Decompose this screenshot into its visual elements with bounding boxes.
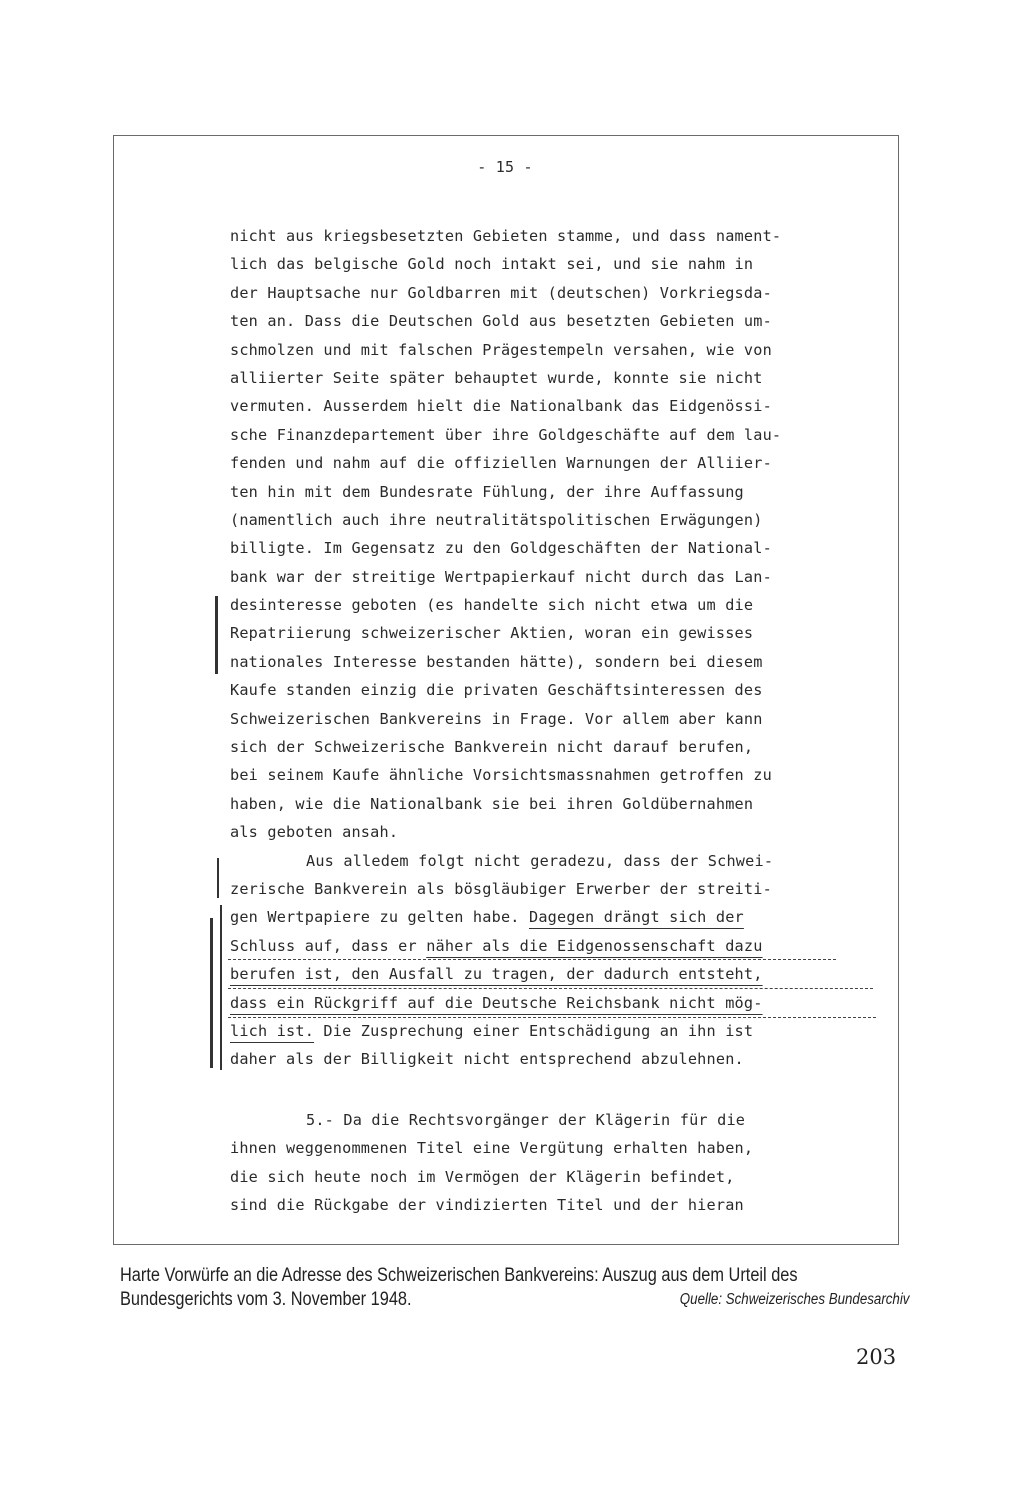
text-line: desinteresse geboten (es handelte sich n…: [230, 591, 870, 619]
typed-judgment-text: nicht aus kriegsbesetzten Gebieten stamm…: [230, 222, 870, 1219]
text-line: bank war der streitige Wertpapierkauf ni…: [230, 563, 870, 591]
text-line: berufen ist, den Ausfall zu tragen, der …: [230, 960, 870, 988]
line-text: sich der Schweizerische Bankverein nicht…: [230, 738, 753, 756]
underlined-passage: berufen ist, den Ausfall zu tragen, der …: [230, 965, 763, 983]
text-line: Repatriierung schweizerischer Aktien, wo…: [230, 619, 870, 647]
text-line: sind die Rückgabe der vindizierten Titel…: [230, 1191, 870, 1219]
text-line: ten hin mit dem Bundesrate Fühlung, der …: [230, 478, 870, 506]
margin-mark-double-inner: [220, 905, 222, 1070]
text-line: bei seinem Kaufe ähnliche Vorsichtsmassn…: [230, 761, 870, 789]
text-line: gen Wertpapiere zu gelten habe. Dagegen …: [230, 903, 870, 931]
text-line: ihnen weggenommenen Titel eine Vergütung…: [230, 1134, 870, 1162]
text-line: Schluss auf, dass er näher als die Eidge…: [230, 932, 870, 960]
text-line: Schweizerischen Bankvereins in Frage. Vo…: [230, 705, 870, 733]
line-text: sind die Rückgabe der vindizierten Titel…: [230, 1196, 744, 1214]
text-line: lich ist. Die Zusprechung einer Entschäd…: [230, 1017, 870, 1045]
text-line: Aus alledem folgt nicht geradezu, dass d…: [230, 847, 870, 875]
text-line: alliierter Seite später behauptet wurde,…: [230, 364, 870, 392]
underline-rule: [228, 988, 873, 989]
text-line: daher als der Billigkeit nicht entsprech…: [230, 1045, 870, 1073]
caption-line-1: Harte Vorwürfe an die Adresse des Schwei…: [120, 1264, 799, 1288]
line-text: Schweizerischen Bankvereins in Frage. Vo…: [230, 710, 763, 728]
line-text: zerische Bankverein als bösgläubiger Erw…: [230, 880, 772, 898]
line-text: sche Finanzdepartement über ihre Goldges…: [230, 426, 781, 444]
line-text: Die Zusprechung einer Entschädigung an i…: [314, 1022, 753, 1040]
line-text: Aus alledem folgt nicht geradezu, dass d…: [306, 852, 773, 870]
margin-mark-single: [215, 596, 218, 674]
text-line: vermuten. Ausserdem hielt die Nationalba…: [230, 392, 870, 420]
line-text: Kaufe standen einzig die privaten Geschä…: [230, 681, 763, 699]
text-line: nationales Interesse bestanden hätte), s…: [230, 648, 870, 676]
text-line: als geboten ansah.: [230, 818, 870, 846]
text-line: zerische Bankverein als bösgläubiger Erw…: [230, 875, 870, 903]
line-text: alliierter Seite später behauptet wurde,…: [230, 369, 763, 387]
line-text: ten hin mit dem Bundesrate Fühlung, der …: [230, 483, 744, 501]
text-line: dass ein Rückgriff auf die Deutsche Reic…: [230, 989, 870, 1017]
line-text: vermuten. Ausserdem hielt die Nationalba…: [230, 397, 772, 415]
line-text: die sich heute noch im Vermögen der Kläg…: [230, 1168, 735, 1186]
text-line: ten an. Dass die Deutschen Gold aus bese…: [230, 307, 870, 335]
paragraph-gap: [230, 1074, 870, 1106]
margin-mark-double-outer: [210, 918, 213, 1068]
text-line: 5.- Da die Rechtsvorgänger der Klägerin …: [230, 1106, 870, 1134]
line-text: bei seinem Kaufe ähnliche Vorsichtsmassn…: [230, 766, 772, 784]
margin-mark-short: [217, 858, 219, 898]
caption-line-2: Bundesgerichts vom 3. November 1948.: [120, 1288, 412, 1312]
line-text: (namentlich auch ihre neutralitätspoliti…: [230, 511, 763, 529]
line-text: bank war der streitige Wertpapierkauf ni…: [230, 568, 772, 586]
text-line: lich das belgische Gold noch intakt sei,…: [230, 250, 870, 278]
text-line: nicht aus kriegsbesetzten Gebieten stamm…: [230, 222, 870, 250]
text-line: (namentlich auch ihre neutralitätspoliti…: [230, 506, 870, 534]
line-text: daher als der Billigkeit nicht entsprech…: [230, 1050, 744, 1068]
line-text: schmolzen und mit falschen Prägestempeln…: [230, 341, 772, 359]
page-number: 203: [856, 1345, 896, 1369]
line-text: fenden und nahm auf die offiziellen Warn…: [230, 454, 772, 472]
underlined-passage: lich ist.: [230, 1022, 314, 1040]
line-text: lich das belgische Gold noch intakt sei,…: [230, 255, 753, 273]
line-text: nicht aus kriegsbesetzten Gebieten stamm…: [230, 227, 781, 245]
line-text: der Hauptsache nur Goldbarren mit (deuts…: [230, 284, 772, 302]
text-line: Kaufe standen einzig die privaten Geschä…: [230, 676, 870, 704]
document-folio: - 15 -: [0, 158, 1010, 176]
caption-source: Quelle: Schweizerisches Bundesarchiv: [680, 1288, 910, 1312]
underlined-passage: näher als die Eidgenossenschaft dazu: [426, 937, 762, 955]
line-text: gen Wertpapiere zu gelten habe.: [230, 908, 529, 926]
text-line: sich der Schweizerische Bankverein nicht…: [230, 733, 870, 761]
line-text: haben, wie die Nationalbank sie bei ihre…: [230, 795, 753, 813]
underline-rule: [228, 1017, 876, 1018]
underlined-passage: Dagegen drängt sich der: [529, 908, 744, 926]
line-text: desinteresse geboten (es handelte sich n…: [230, 596, 753, 614]
text-line: haben, wie die Nationalbank sie bei ihre…: [230, 790, 870, 818]
text-line: schmolzen und mit falschen Prägestempeln…: [230, 336, 870, 364]
text-line: billigte. Im Gegensatz zu den Goldgeschä…: [230, 534, 870, 562]
text-line: die sich heute noch im Vermögen der Kläg…: [230, 1163, 870, 1191]
line-text: Repatriierung schweizerischer Aktien, wo…: [230, 624, 753, 642]
underline-rule: [228, 959, 836, 960]
line-text: als geboten ansah.: [230, 823, 398, 841]
line-text: Schluss auf, dass er: [230, 937, 426, 955]
line-text: nationales Interesse bestanden hätte), s…: [230, 653, 763, 671]
line-text: 5.- Da die Rechtsvorgänger der Klägerin …: [306, 1111, 745, 1129]
figure-caption: Harte Vorwürfe an die Adresse des Schwei…: [120, 1264, 799, 1312]
line-text: ten an. Dass die Deutschen Gold aus bese…: [230, 312, 772, 330]
text-line: fenden und nahm auf die offiziellen Warn…: [230, 449, 870, 477]
text-line: der Hauptsache nur Goldbarren mit (deuts…: [230, 279, 870, 307]
line-text: ihnen weggenommenen Titel eine Vergütung…: [230, 1139, 753, 1157]
text-line: sche Finanzdepartement über ihre Goldges…: [230, 421, 870, 449]
underlined-passage: dass ein Rückgriff auf die Deutsche Reic…: [230, 994, 763, 1012]
line-text: billigte. Im Gegensatz zu den Goldgeschä…: [230, 539, 772, 557]
